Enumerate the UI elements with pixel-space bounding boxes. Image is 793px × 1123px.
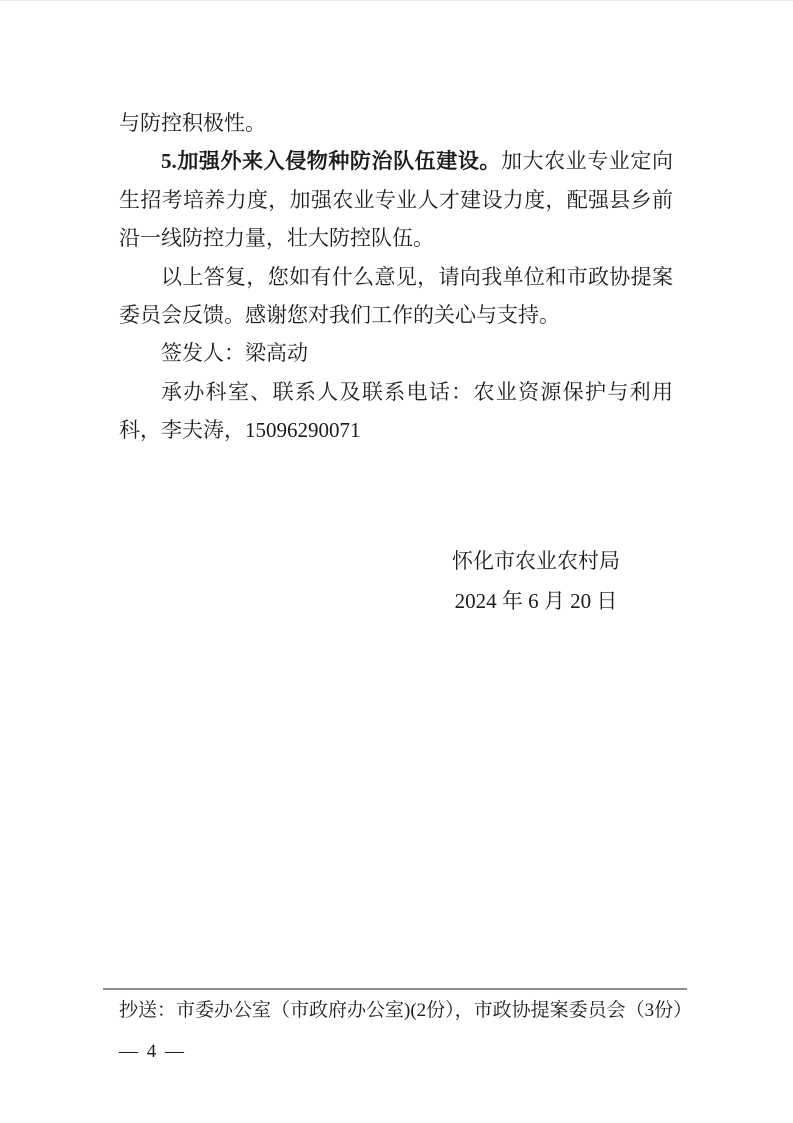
item5-heading: 5.加强外来入侵物种防治队伍建设。 bbox=[161, 149, 501, 173]
paragraph-continuation: 与防控积极性。 bbox=[119, 104, 673, 142]
cc-line: 抄送：市委办公室（市政府办公室)(2份），市政协提案委员会（3份） bbox=[119, 998, 679, 1024]
document-body: 与防控积极性。 5.加强外来入侵物种防治队伍建设。加大农业专业定向生招考培养力度… bbox=[119, 104, 673, 450]
paragraph-signer: 签发人：梁高动 bbox=[119, 334, 673, 372]
paragraph-closing: 以上答复，您如有什么意见，请向我单位和市政协提案委员会反馈。感谢您对我们工作的关… bbox=[119, 258, 673, 335]
page-number: — 4 — bbox=[119, 1039, 186, 1065]
signature-block: 怀化市农业农村局 2024 年 6 月 20 日 bbox=[430, 541, 642, 621]
paragraph-contact: 承办科室、联系人及联系电话：农业资源保护与利用科，李夫涛，15096290071 bbox=[119, 373, 673, 450]
signature-org: 怀化市农业农村局 bbox=[430, 541, 642, 581]
document-page: 与防控积极性。 5.加强外来入侵物种防治队伍建设。加大农业专业定向生招考培养力度… bbox=[0, 0, 793, 1123]
paragraph-item5: 5.加强外来入侵物种防治队伍建设。加大农业专业定向生招考培养力度，加强农业专业人… bbox=[119, 142, 673, 257]
signature-date: 2024 年 6 月 20 日 bbox=[430, 581, 642, 621]
footer-divider bbox=[103, 988, 687, 990]
